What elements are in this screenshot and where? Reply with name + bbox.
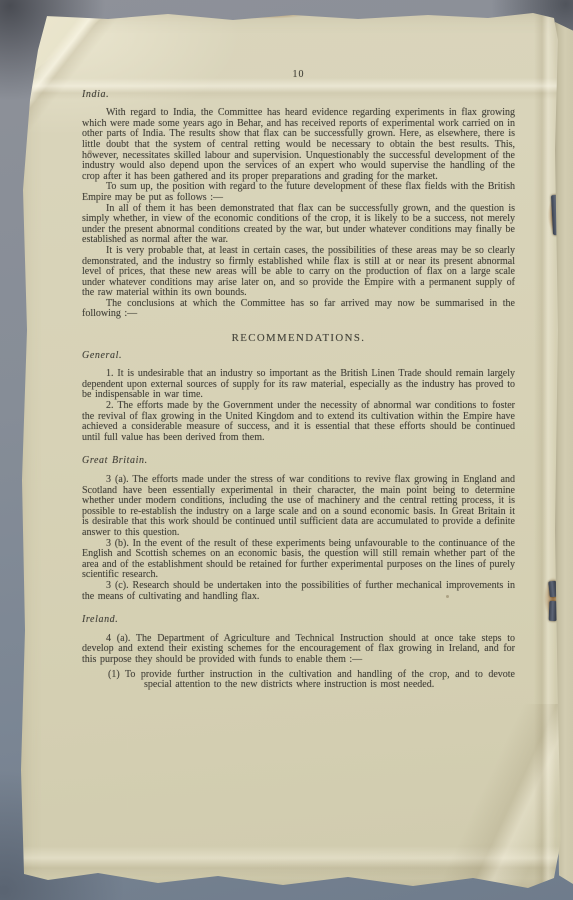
section-heading-india: India. (82, 90, 515, 101)
staple-metal-bar (549, 601, 558, 621)
paragraph-india-4: It is very probable that, at least in ce… (82, 246, 515, 299)
section-heading-general: General. (82, 351, 515, 362)
paragraph-india-2: To sum up, the position with regard to t… (82, 182, 515, 203)
paragraph-gb-3c: 3 (c). Research should be undertaken int… (82, 581, 515, 602)
paragraph-general-1: 1. It is undesirable that an industry so… (82, 369, 515, 401)
document-page: 10 India. With regard to India, the Comm… (18, 10, 573, 894)
page-number: 10 (82, 70, 515, 81)
paragraph-ireland-4a: 4 (a). The Department of Agriculture and… (82, 634, 515, 666)
recommendations-title: RECOMMENDATIONS. (82, 333, 515, 344)
section-heading-great-britain: Great Britain. (82, 456, 515, 467)
photo-backdrop: 10 India. With regard to India, the Comm… (0, 0, 573, 900)
top-edge-stain (213, 10, 323, 24)
list-item-1: (1) To provide further instruction in th… (108, 670, 515, 691)
paragraph-gb-3b: 3 (b). In the event of the result of the… (82, 539, 515, 581)
paragraph-gb-3a: 3 (a). The efforts made under the stress… (82, 475, 515, 539)
page-text: 10 India. With regard to India, the Comm… (82, 70, 515, 691)
section-heading-ireland: Ireland. (82, 615, 515, 626)
paragraph-india-3: In all of them it has been demonstrated … (82, 204, 515, 246)
paragraph-india-1: With regard to India, the Committee has … (82, 108, 515, 182)
paragraph-general-2: 2. The efforts made by the Government un… (82, 401, 515, 443)
paragraph-india-5: The conclusions at which the Committee h… (82, 299, 515, 320)
